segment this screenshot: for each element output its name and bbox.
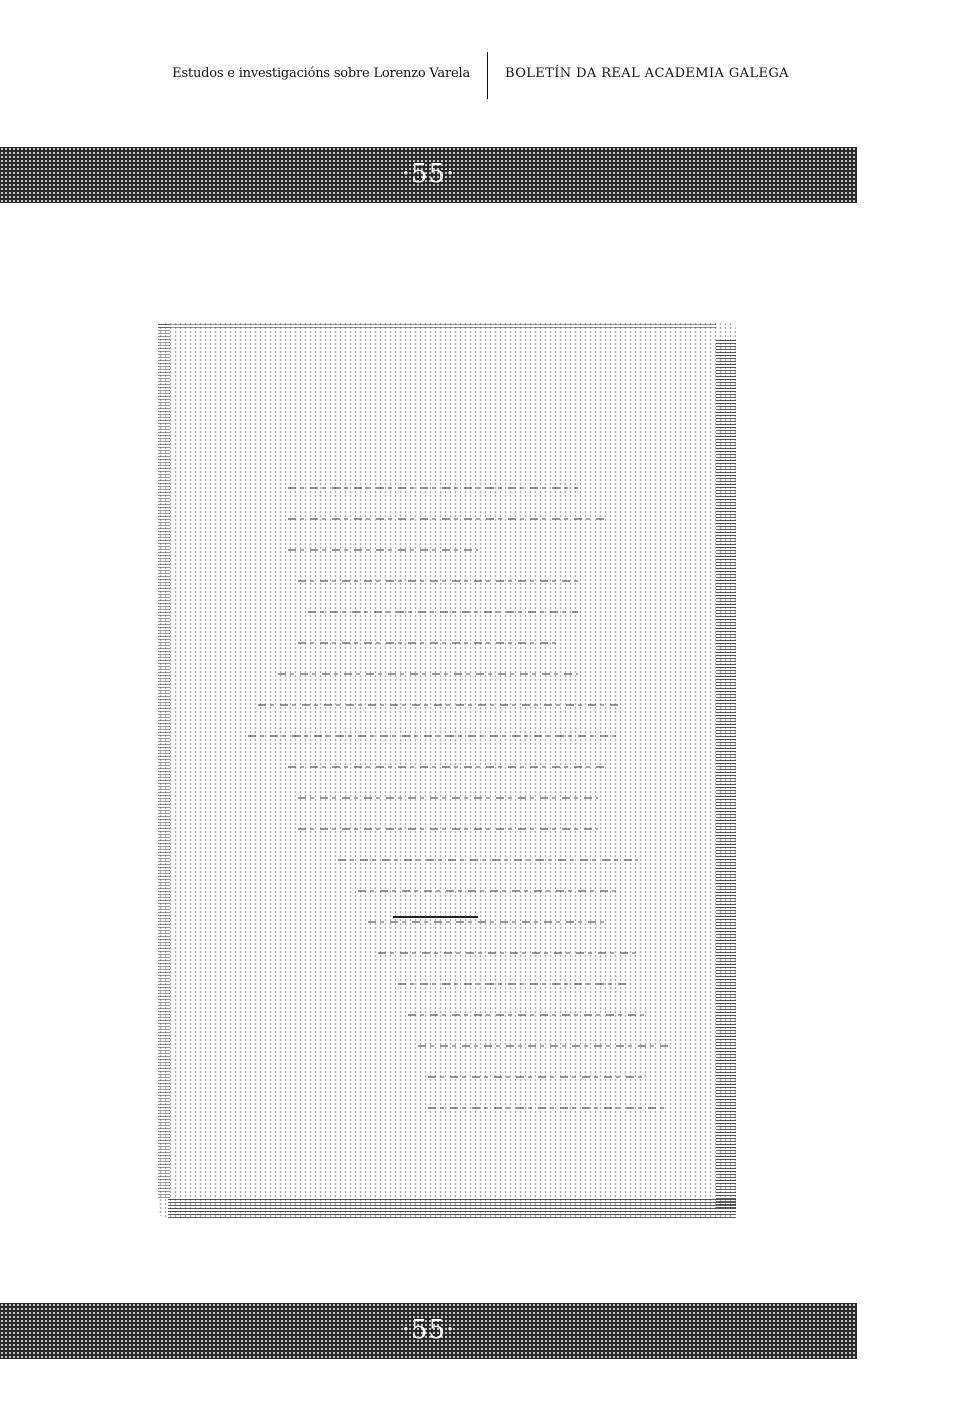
header-series-title: Estudos e investigacións sobre Lorenzo V… <box>172 66 470 81</box>
handwritten-text-block <box>278 487 678 1138</box>
handwritten-line <box>428 1076 648 1078</box>
handwritten-line <box>298 797 598 799</box>
handwritten-line <box>298 580 578 582</box>
handwritten-line <box>278 673 578 675</box>
handwritten-line <box>308 611 578 613</box>
manuscript-facsimile-image <box>158 322 736 1218</box>
handwritten-line <box>298 828 598 830</box>
image-edge-right <box>716 340 736 1208</box>
page-number-band-bottom: ·55· <box>0 1303 857 1359</box>
handwritten-line <box>298 642 558 644</box>
handwritten-line <box>368 921 608 923</box>
handwritten-line <box>418 1045 668 1047</box>
handwritten-line <box>338 859 638 861</box>
handwritten-line <box>428 1107 668 1109</box>
handwritten-line <box>288 487 578 489</box>
header-divider <box>487 52 488 99</box>
image-edge-left <box>158 322 170 1198</box>
handwritten-line <box>288 549 478 551</box>
handwritten-line <box>378 952 638 954</box>
image-edge-bottom <box>168 1198 736 1218</box>
page-number-top: ·55· <box>0 159 857 189</box>
handwritten-line <box>288 766 608 768</box>
image-edge-top <box>158 322 716 328</box>
handwritten-underline <box>393 916 478 918</box>
running-header: Estudos e investigacións sobre Lorenzo V… <box>0 52 975 100</box>
header-journal-title: BOLETÍN DA REAL ACADEMIA GALEGA <box>505 66 789 81</box>
handwritten-line <box>398 983 628 985</box>
page-number-band-top: ·55· <box>0 147 857 203</box>
page-number-bottom: ·55· <box>0 1315 857 1345</box>
handwritten-line <box>248 735 618 737</box>
handwritten-line <box>258 704 618 706</box>
handwritten-line <box>358 890 618 892</box>
handwritten-line <box>408 1014 648 1016</box>
handwritten-line <box>288 518 608 520</box>
